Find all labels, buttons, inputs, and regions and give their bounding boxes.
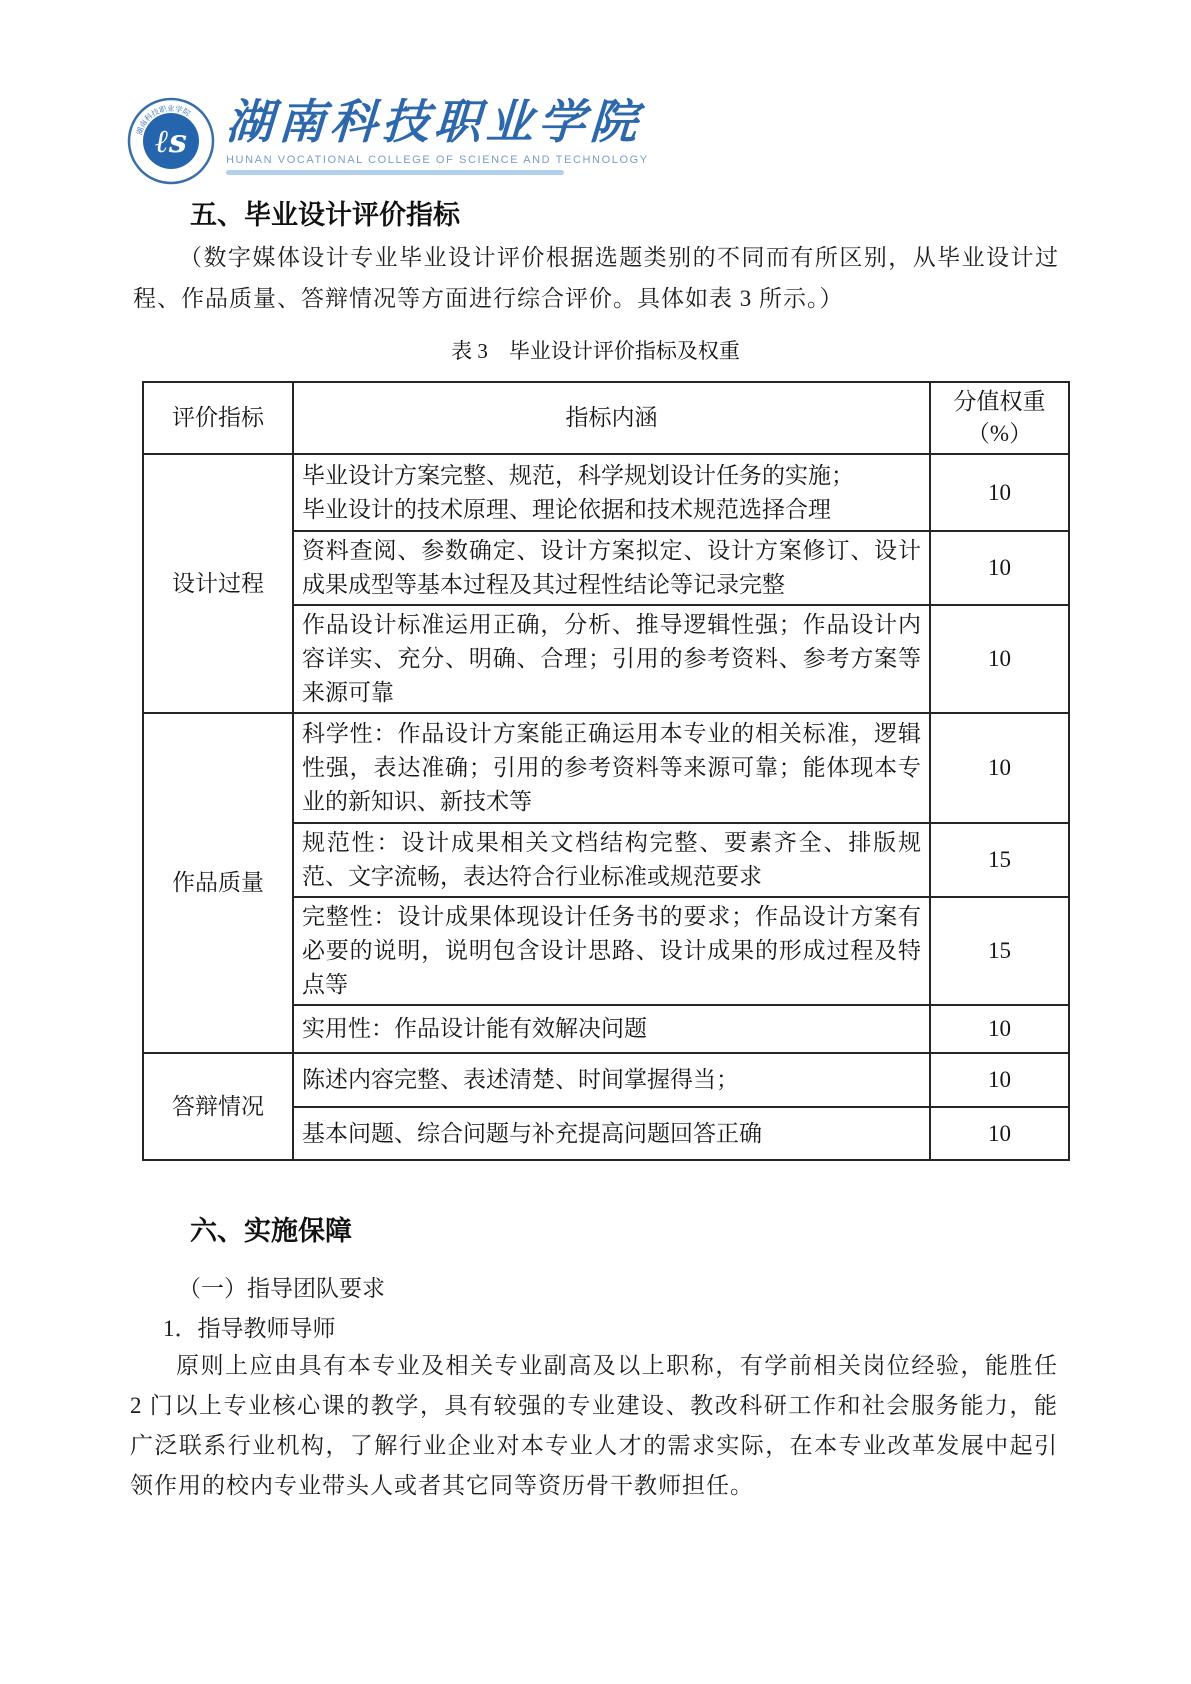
weight-cell: 15	[930, 823, 1069, 897]
evaluation-table: 评价指标 指标内涵 分值权重 （%） 设计过程 毕业设计方案完整、规范，科学规划…	[142, 381, 1070, 1161]
section-6-item-title: 1．指导教师导师	[163, 1312, 336, 1346]
weight-cell: 10	[930, 713, 1069, 823]
school-logo: 湖南科技职业学院 ℓs 湖南科技职业学院 HUNAN VOCATIONAL CO…	[126, 94, 649, 186]
header-criteria: 评价指标	[143, 382, 293, 454]
indicator-cell: 作品设计标准运用正确，分析、推导逻辑性强；作品设计内容详实、充分、明确、合理；引…	[293, 605, 930, 713]
header-weight-line1: 分值权重	[939, 386, 1060, 418]
group-cell-design-process: 设计过程	[143, 454, 293, 713]
table-row: 答辩情况 陈述内容完整、表述清楚、时间掌握得当； 10	[143, 1053, 1069, 1107]
weight-cell: 10	[930, 454, 1069, 531]
section-5-heading: 五、毕业设计评价指标	[190, 197, 460, 233]
indicator-cell: 毕业设计方案完整、规范，科学规划设计任务的实施； 毕业设计的技术原理、理论依据和…	[293, 454, 930, 531]
header-indicator: 指标内涵	[293, 382, 930, 454]
school-name-en: HUNAN VOCATIONAL COLLEGE OF SCIENCE AND …	[226, 154, 649, 166]
seal-monogram: ℓs	[155, 122, 187, 160]
indicator-cell: 科学性：作品设计方案能正确运用本专业的相关标准，逻辑性强，表达准确；引用的参考资…	[293, 713, 930, 823]
logo-text-block: 湖南科技职业学院 HUNAN VOCATIONAL COLLEGE OF SCI…	[226, 94, 649, 175]
indicator-cell: 实用性：作品设计能有效解决问题	[293, 1005, 930, 1053]
weight-cell: 10	[930, 1005, 1069, 1053]
header-weight-line2: （%）	[939, 418, 1060, 450]
header-weight: 分值权重 （%）	[930, 382, 1069, 454]
weight-cell: 10	[930, 1053, 1069, 1107]
indicator-cell: 基本问题、综合问题与补充提高问题回答正确	[293, 1107, 930, 1160]
group-cell-defense: 答辩情况	[143, 1053, 293, 1160]
section-6-paragraph: 原则上应由具有本专业及相关专业副高及以上职称，有学前相关岗位经验，能胜任 2 门…	[130, 1346, 1058, 1506]
document-page: 湖南科技职业学院 ℓs 湖南科技职业学院 HUNAN VOCATIONAL CO…	[0, 0, 1191, 1684]
table-row: 作品质量 科学性：作品设计方案能正确运用本专业的相关标准，逻辑性强，表达准确；引…	[143, 713, 1069, 823]
section-6-heading: 六、实施保障	[190, 1213, 352, 1249]
indicator-cell: 资料查阅、参数确定、设计方案拟定、设计方案修订、设计成果成型等基本过程及其过程性…	[293, 531, 930, 605]
logo-brush-underline	[226, 170, 564, 175]
indicator-cell: 陈述内容完整、表述清楚、时间掌握得当；	[293, 1053, 930, 1107]
section-5-intro-paragraph: （数字媒体设计专业毕业设计评价根据选题类别的不同而有所区别，从毕业设计过程、作品…	[133, 237, 1059, 319]
indicator-cell: 完整性：设计成果体现设计任务书的要求；作品设计方案有必要的说明，说明包含设计思路…	[293, 897, 930, 1005]
school-name-zh: 湖南科技职业学院	[224, 94, 650, 152]
group-cell-work-quality: 作品质量	[143, 713, 293, 1053]
table-header-row: 评价指标 指标内涵 分值权重 （%）	[143, 382, 1069, 454]
weight-cell: 10	[930, 531, 1069, 605]
table-caption: 表 3 毕业设计评价指标及权重	[0, 336, 1191, 366]
section-6-subsection-title: （一）指导团队要求	[178, 1272, 385, 1306]
weight-cell: 10	[930, 1107, 1069, 1160]
table-row: 设计过程 毕业设计方案完整、规范，科学规划设计任务的实施； 毕业设计的技术原理、…	[143, 454, 1069, 531]
weight-cell: 10	[930, 605, 1069, 713]
weight-cell: 15	[930, 897, 1069, 1005]
indicator-cell: 规范性：设计成果相关文档结构完整、要素齐全、排版规范、文字流畅，表达符合行业标准…	[293, 823, 930, 897]
school-seal-icon: 湖南科技职业学院 ℓs	[126, 94, 216, 186]
